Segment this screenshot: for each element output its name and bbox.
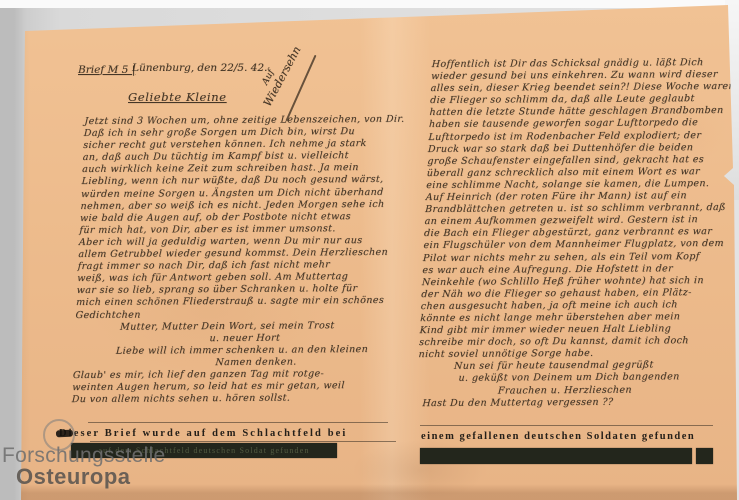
caption-rule xyxy=(420,425,713,426)
handwriting-line: Namen denken. xyxy=(215,356,366,369)
redaction-bar-right-fragment xyxy=(696,448,713,464)
handwriting-line: mich einen schönen Fliederstrauß u. sagt… xyxy=(76,295,369,309)
handwriting-line: schreibe mir doch, so oft Du kannst, dam… xyxy=(419,335,720,349)
letter-paper: Brief M 5 | Lünenburg, den 22/5. 42. Gel… xyxy=(0,0,739,500)
handwriting-line: u. neuer Hort xyxy=(209,332,367,345)
handwriting-line: Pilot war nichts mehr zu sehen, als ein … xyxy=(423,250,724,264)
printed-caption-right: einem gefallenen deutschen Soldaten gefu… xyxy=(421,431,695,442)
handwriting-line: Hast Du den Muttertag vergessen ?? xyxy=(422,396,717,410)
letter-salutation: Geliebte Kleine xyxy=(128,90,227,104)
caption-rule xyxy=(90,441,396,442)
handwriting-line: Mutter, Mutter Dein Wort, sei mein Trost xyxy=(120,320,368,334)
scan-background: Brief M 5 | Lünenburg, den 22/5. 42. Gel… xyxy=(0,0,739,500)
letter-right-page: Hoffentlich ist Dir das Schicksal gnädig… xyxy=(416,57,732,410)
archive-file-note: Brief M 5 | xyxy=(78,64,135,76)
caption-rule xyxy=(88,422,388,423)
handwriting-line: Liebe will ich immer schenken u. an den … xyxy=(116,344,367,358)
redaction-bar-right xyxy=(420,448,692,464)
printed-caption-left: Dieser Brief wurde auf dem Schlachtfeld … xyxy=(59,428,347,439)
letter-dateline: Lünenburg, den 22/5. 42. xyxy=(132,62,267,74)
letter-left-page: Jetzt sind 3 Wochen um, ohne zeitige Leb… xyxy=(71,114,376,406)
handwriting-line: könnte es nicht lange mehr überstehen ab… xyxy=(420,311,721,325)
handwriting-line: Du von allem nichts sehen u. hören solls… xyxy=(71,392,364,406)
watermark-line2: Osteuropa xyxy=(16,464,131,490)
handwriting-line: u. geküßt von Deinem um Dich bangenden xyxy=(458,371,718,385)
handwriting-line: weinten Augen herum, so leid hat es mir … xyxy=(72,380,365,394)
